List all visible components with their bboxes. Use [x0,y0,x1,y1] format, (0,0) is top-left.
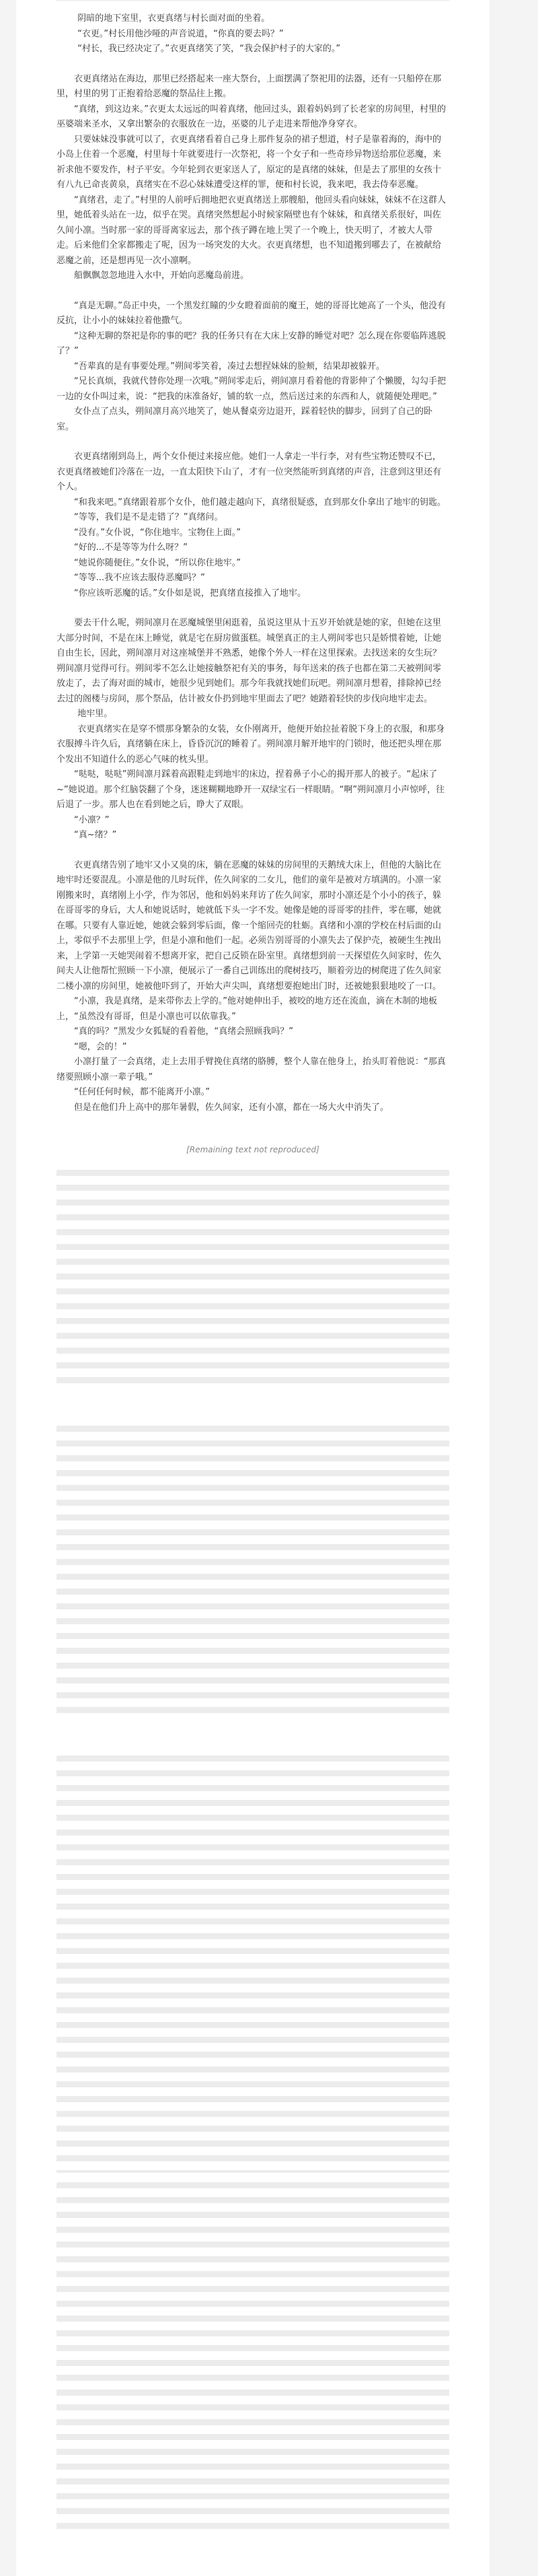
paragraph: “真的吗？”黑发少女狐疑的看着他，“真绪会照顾我吗？” [56,1024,449,1040]
article-body: 阴暗的地下室里，衣更真绪与村长面对面的坐着。 “衣更。”村长用他沙哑的声音说道，… [56,11,449,2532]
paragraph: 衣更真绪刚到岛上，两个女仆便过来接应他。她们一人拿走一半行李，对有些宝物还赞叹不… [56,450,449,495]
paragraph: “真绪，到这边来。”衣更太太远远的叫着真绪，他回过头，跟着妈妈到了长老家的房间里… [56,102,449,133]
section-gap [56,1401,449,1416]
paragraph: 但是在他们升上高中的那年暑假，佐久间家，还有小凛，都在一场大火中消失了。 [56,1101,449,1116]
paragraph: 小凛打量了一会真绪，走上去用手臂挽住真绪的胳膊，整个人靠在他身上，抬头盯着他说：… [56,1055,449,1085]
paragraph: “好的...不是等等为什么呀？” [56,541,449,556]
paragraph: 女仆点了点头，朔间凛月高兴地笑了，她从餐桌旁边退开，踩着轻快的脚步，回到了自己的… [56,405,449,435]
text-placeholder [56,1426,449,1722]
paragraph: “等等...我不应该去服侍恶魔吗？” [56,571,449,586]
top-divider [56,0,449,1]
section-gap [56,1731,449,1746]
section: “真是无聊。”岛正中央，一个黑发红瞳的少女瞪着面前的魔王，她的哥哥比她高了一个头… [56,299,449,436]
paragraph: “村长，我已经决定了。”衣更真绪笑了笑，“我会保护村子的大家的。” [56,42,449,57]
paragraph: “嗯，会的！” [56,1040,449,1055]
paragraph: 只要妹妹没事就可以了，衣更真绪看着自己身上那件复杂的裙子想道，村子是靠着海的，海… [56,133,449,193]
text-placeholder [56,1170,449,1392]
paragraph: “衣更。”村长用他沙哑的声音说道，“你真的要去吗？” [56,27,449,42]
section-gap [56,1115,449,1130]
section: 衣更真绪刚到岛上，两个女仆便过来接应他。她们一人拿走一半行李，对有些宝物还赞叹不… [56,450,449,601]
paragraph: “吾辈真的是有事要处理。”朔间零笑着，凑过去想捏妹妹的脸颊，结果却被躲开。 [56,359,449,375]
section: 衣更真绪站在海边，那里已经搭起来一座大祭台，上面摆满了祭祀用的法器，还有一只船停… [56,72,449,284]
paragraph: “你应该听恶魔的话。”女仆如是说，把真绪直接推入了地牢。 [56,586,449,602]
paragraph: “小凛？” [56,813,449,829]
paragraph: 衣更真绪告别了地牢又小又臭的床，躺在恶魔的妹妹的房间里的天鹅绒大床上，但他的大脑… [56,858,449,995]
paragraph: “这种无聊的祭祀是你的事的吧？我的任务只有在大床上安静的睡觉对吧？怎么现在你要临… [56,329,449,359]
paragraph: “她说你随便住。”女仆说，“所以你住地牢。” [56,556,449,571]
paragraph: 阴暗的地下室里，衣更真绪与村长面对面的坐着。 [56,11,449,27]
section-gap [56,843,449,858]
section: 阴暗的地下室里，衣更真绪与村长面对面的坐着。 “衣更。”村长用他沙哑的声音说道，… [56,11,449,57]
paragraph: “没有。”女仆说，“你住地牢。宝物住上面。” [56,526,449,541]
paragraph: “哒哒，哒哒”朔间凛月踩着高跟鞋走到地牢的床边，捏着鼻子小心的揭开那人的被子。“… [56,767,449,813]
paragraph: 衣更真绪实在是穿不惯那身繁杂的女装，女仆刚离开，他便开始拉扯着脱下身上的衣服，和… [56,722,449,768]
section-gap [56,435,449,450]
section: 要去干什么呢，朔间凛月在恶魔城堡里闲逛着，虽说这里从十五岁开始就是她的家，但她在… [56,616,449,843]
omitted-content-notice: [Remaining text not reproduced] [56,1142,449,1158]
paragraph: “小凛，我是真绪，是来带你去上学的。”他对她伸出手，被咬的地方还在流血，滴在木制… [56,994,449,1024]
paragraph: “和我来吧。”真绪跟着那个女仆，他们越走越向下，真绪很疑惑，直到那女仆拿出了地牢… [56,495,449,511]
paragraph: “兄长真烦，我就代替你处理一次哦。”朔间零走后，朔间凛月看着他的背影伸了个懒腰，… [56,374,449,405]
paragraph: 要去干什么呢，朔间凛月在恶魔城堡里闲逛着，虽说这里从十五岁开始就是她的家，但她在… [56,616,449,707]
paragraph: “真绪君，走了。”村里的人前呼后拥地把衣更真绪送上那艘船，他回头看向妹妹，妹妹不… [56,193,449,269]
paragraph: 船飘飘忽忽地进入水中，开始向恶魔岛前进。 [56,269,449,284]
paragraph: “真~绪？” [56,828,449,843]
section-gap [56,284,449,299]
text-placeholder [56,1755,449,2173]
paragraph: “任何任何时候，都不能离开小凛。” [56,1085,449,1101]
paragraph: 衣更真绪站在海边，那里已经搭起来一座大祭台，上面摆满了祭祀用的法器，还有一只船停… [56,72,449,102]
text-placeholder [56,2182,449,2532]
reading-page: 阴暗的地下室里，衣更真绪与村长面对面的坐着。 “衣更。”村长用他沙哑的声音说道，… [16,0,490,2576]
paragraph: “等等，我们是不是走错了？”真绪问。 [56,510,449,526]
paragraph: 地牢里。 [56,707,449,722]
paragraph: “真是无聊。”岛正中央，一个黑发红瞳的少女瞪着面前的魔王，她的哥哥比她高了一个头… [56,299,449,329]
section-gap [56,57,449,72]
section-gap [56,601,449,616]
section: 衣更真绪告别了地牢又小又臭的床，躺在恶魔的妹妹的房间里的天鹅绒大床上，但他的大脑… [56,858,449,1116]
